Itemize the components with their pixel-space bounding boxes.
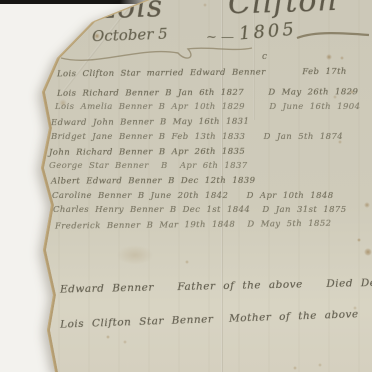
register-line: Lois Amelia Benner B Apr 10th 1829 D Jun…	[55, 100, 365, 115]
register-entries: Lois Clifton Star married Edward Benner …	[57, 66, 365, 233]
register-line: Edward John Benner B May 16th 1831	[51, 114, 365, 131]
register-line: Lois Clifton Star married Edward Benner …	[57, 65, 365, 82]
stray-ink-mark: c	[262, 52, 267, 62]
footer-line-mother: Lois Clifton Star Benner Mother of the a…	[60, 305, 372, 330]
paper-wrap: Lois Clifton Sta October 5 ~ — 1805 c Lo…	[0, 0, 372, 372]
register-line: Charles Henry Benner B Dec 1st 1844 D Ja…	[53, 203, 365, 218]
register-line: George Star Benner B Apr 6th 1837	[49, 159, 365, 174]
register-line: John Richard Benner B Apr 26th 1835	[49, 144, 365, 160]
flourish-dash	[295, 28, 371, 44]
register-line: Frederick Benner B Mar 19th 1848 D May 5…	[55, 216, 365, 234]
register-line: Lois Richard Benner B Jan 6th 1827 D May…	[57, 85, 365, 101]
footer-line-father: Edward Benner Father of the above Died D…	[60, 276, 372, 295]
title-script: Lois Clifton Sta	[95, 0, 372, 26]
paper-sheet: Lois Clifton Sta October 5 ~ — 1805 c Lo…	[0, 0, 372, 372]
register-line: Caroline Benner B June 20th 1842 D Apr 1…	[52, 189, 365, 204]
register-line: Albert Edward Benner B Dec 12th 1839	[51, 173, 365, 189]
register-line: Bridget Jane Benner B Feb 13th 1833 D Ja…	[51, 130, 365, 145]
photo-of-register-page: { "document": { "title_script": "Lois Cl…	[0, 0, 372, 372]
